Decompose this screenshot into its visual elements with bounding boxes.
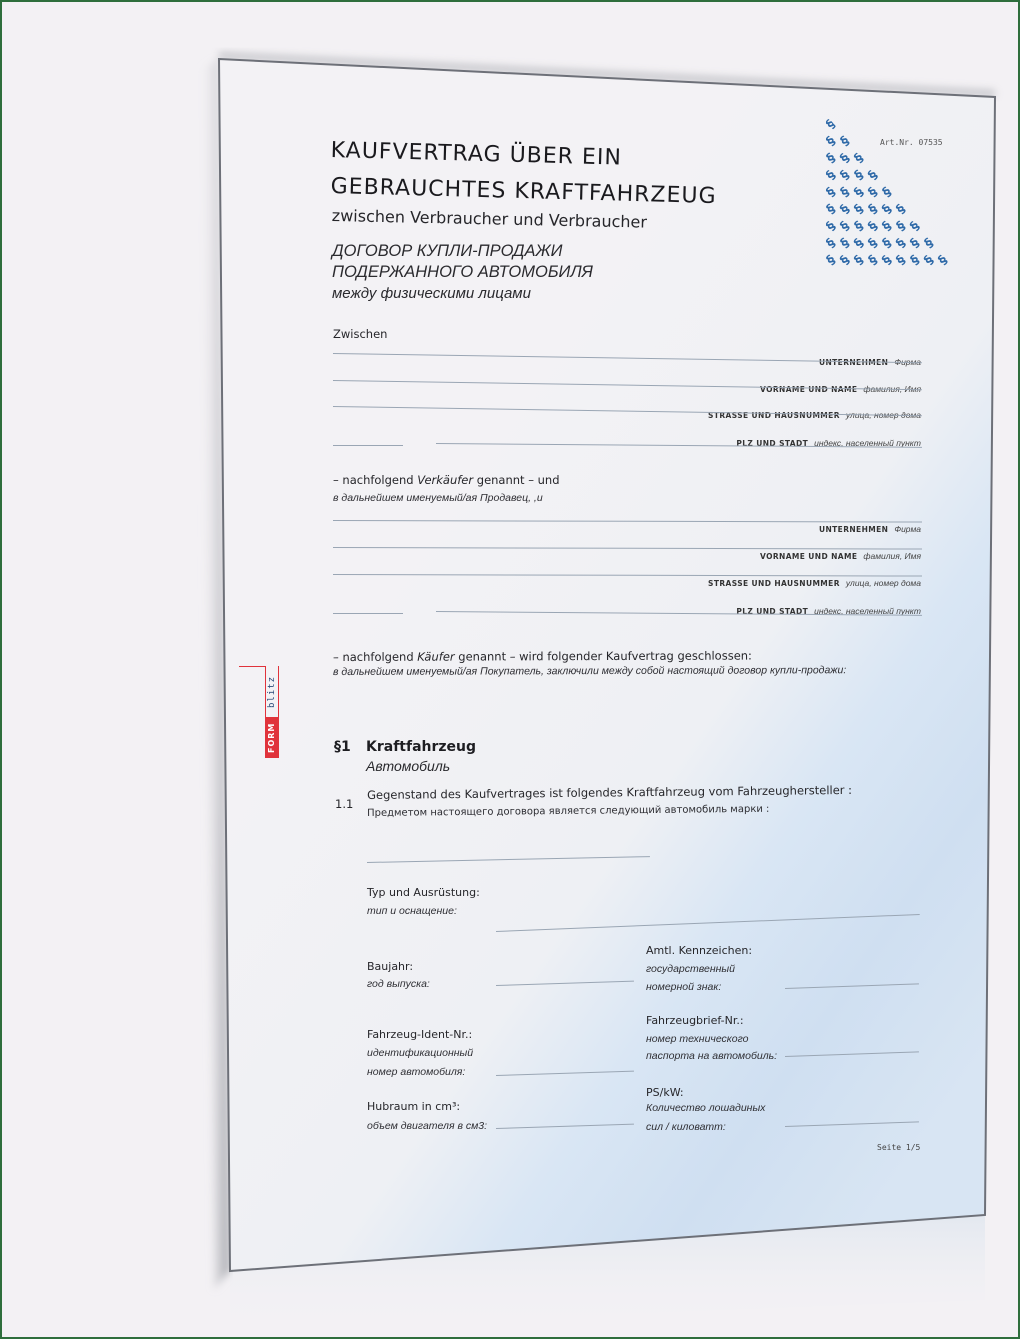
kennzeichen-label-ru-1: государственный <box>646 960 735 978</box>
kennzeichen-label: Amtl. Kennzeichen: <box>646 944 752 957</box>
caption-ru: Фирма <box>894 524 921 534</box>
document-subtitle-ru: между физическими лицами <box>332 285 531 302</box>
logo-form-text: FORM <box>265 718 279 758</box>
article-number: Art.Nr. 07535 <box>880 138 943 147</box>
document-title-ru-line2: ПОДЕРЖАННОГО АВТОМОБИЛЯ <box>332 263 593 282</box>
typ-label-ru: тип и оснащение: <box>367 902 457 920</box>
pskw-label-ru-2: сил / киловатт: <box>646 1118 726 1136</box>
hubraum-label: Hubraum in cm³: <box>367 1100 460 1113</box>
seller-note-ru: в дальнейшем именуемый/ая Продавец, ,и <box>333 492 543 504</box>
buyer-field-caption: VORNAME UND NAMEфамилия, Имя <box>760 551 921 561</box>
brief-label-ru-1: номер технического <box>646 1030 749 1048</box>
hubraum-label-ru: объем двигателя в см3: <box>367 1117 487 1135</box>
ident-label-ru-2: номер автомобиля: <box>367 1063 465 1081</box>
buyer-note-ru: в дальнейшем именуемый/ая Покупатель, за… <box>333 664 846 678</box>
caption-de: STRASSE UND HAUSNUMMER <box>708 579 840 588</box>
pskw-label-ru-1: Количество лошадиных <box>646 1099 765 1117</box>
kennzeichen-label-ru-2: номерной знак: <box>646 978 721 996</box>
section-title-ru: Автомобиль <box>366 758 450 774</box>
typ-label: Typ und Ausrüstung: <box>367 886 480 899</box>
zwischen-label: Zwischen <box>333 327 387 341</box>
pskw-label: PS/kW: <box>646 1086 684 1099</box>
baujahr-label-ru: год выпуска: <box>367 975 430 993</box>
buyer-zip-field[interactable] <box>333 613 403 614</box>
buyer-field-caption: UNTERNEHMENФирма <box>819 524 921 534</box>
section-number: §1 <box>334 739 351 755</box>
section-title: Kraftfahrzeug <box>366 739 476 755</box>
buyer-note: – nachfolgend Käufer genannt – wird folg… <box>333 649 752 664</box>
brief-label: Fahrzeugbrief-Nr.: <box>646 1014 744 1027</box>
brief-label-ru-2: паспорта на автомобиль: <box>646 1047 777 1065</box>
seller-zip-field[interactable] <box>333 445 403 446</box>
caption-ru: фамилия, Имя <box>863 551 921 561</box>
caption-de: VORNAME UND NAME <box>760 552 857 561</box>
ident-label-ru-1: идентификационный <box>367 1044 473 1062</box>
baujahr-label: Baujahr: <box>367 960 413 973</box>
caption-ru: улица, номер дома <box>846 578 921 588</box>
page-indicator: Seite 1/5 <box>877 1143 920 1152</box>
logo-blitz-text: blitz <box>265 666 279 718</box>
clause-number: 1.1 <box>335 797 353 811</box>
logo-accent-line <box>239 666 265 667</box>
buyer-field-caption: STRASSE UND HAUSNUMMERулица, номер дома <box>708 578 921 588</box>
seller-note: – nachfolgend Verkäufer genannt – und <box>333 473 560 487</box>
formblitz-logo: blitz FORM <box>265 666 279 758</box>
document-title-ru-line1: ДОГОВОР КУПЛИ-ПРОДАЖИ <box>332 242 562 261</box>
caption-de: UNTERNEHMEN <box>819 525 888 534</box>
ident-label: Fahrzeug-Ident-Nr.: <box>367 1028 472 1041</box>
